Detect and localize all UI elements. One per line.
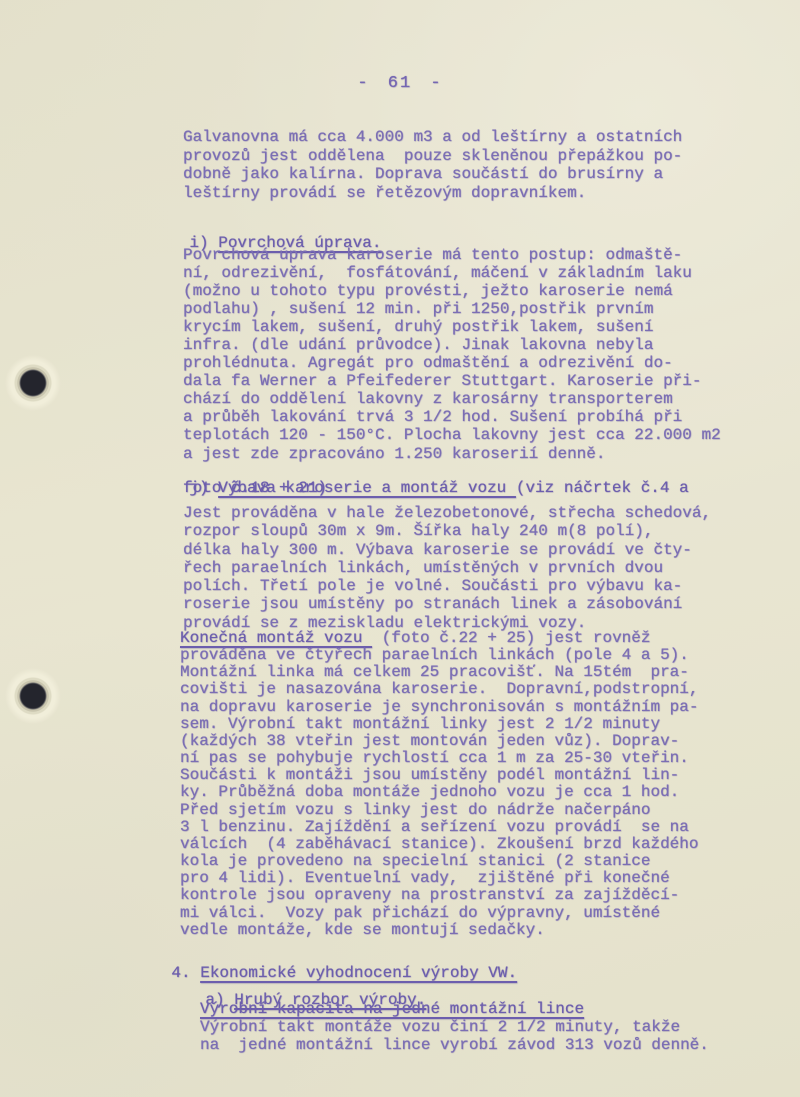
typed-line: délka haly 300 m. Výbava karoserie se pr… bbox=[183, 541, 711, 559]
typed-line: podlahu) , sušení 12 min. při 1250,postř… bbox=[183, 300, 721, 318]
typed-line: prováděna ve čtyřech paraelních linkách … bbox=[180, 647, 698, 664]
capacity-block: Výrobní kapacita na jedné montážní lince… bbox=[200, 1000, 709, 1055]
typed-line: polích. Třetí pole je volné. Součásti pr… bbox=[183, 577, 711, 595]
typed-line: řech paraelních linkách, umístěných v pr… bbox=[183, 559, 711, 577]
assembly-lead: Konečná montáž vozu bbox=[180, 629, 372, 647]
document-page: - 61 - Galvanovna má cca 4.000 m3 a od l… bbox=[0, 0, 800, 1097]
typed-line: prohlédnuta. Agregát pro odmaštění a odr… bbox=[183, 354, 721, 372]
section-title-suffix: (viz náčrtek č.4 a bbox=[516, 479, 689, 497]
typed-line: mi válci. Vozy pak přichází do výpravny,… bbox=[180, 905, 698, 922]
typed-line: leštírny provádí se řetězovým dopravníke… bbox=[183, 184, 682, 203]
typed-line: dobně jako kalírna. Doprava součástí do … bbox=[183, 165, 682, 184]
typed-line: ky. Průběžná doba montáže jednoho vozu j… bbox=[180, 784, 698, 801]
assembly-paragraph: Konečná montáž vozu (foto č.22 + 25) jes… bbox=[180, 630, 698, 939]
typed-line: a jest zde zpracováno 1.250 karoserií de… bbox=[183, 445, 721, 463]
typed-line: válcích (4 zaběhávací stanice). Zkoušení… bbox=[180, 836, 698, 853]
typed-line: kontrole jsou opraveny na prostranství z… bbox=[180, 887, 698, 904]
typed-line: Jest prováděna v hale železobetonové, st… bbox=[183, 504, 711, 522]
surface-paragraph: Povrchová úprava karoserie má tento post… bbox=[183, 246, 721, 463]
typed-line: teplotách 120 - 150°C. Plocha lakovny je… bbox=[183, 426, 721, 444]
typed-line: Galvanovna má cca 4.000 m3 a od leštírny… bbox=[183, 128, 682, 147]
typed-line: Výrobní takt montáže vozu činí 2 1/2 min… bbox=[200, 1018, 709, 1036]
capacity-heading: Výrobní kapacita na jedné montážní lince bbox=[200, 1000, 709, 1018]
typed-line: Konečná montáž vozu (foto č.22 + 25) jes… bbox=[180, 630, 698, 647]
typed-line: sem. Výrobní takt montážní linky jest 2 … bbox=[180, 716, 698, 733]
typed-line: infra. (dle udání průvodce). Jinak lakov… bbox=[183, 336, 721, 354]
assembly-lead-rest: (foto č.22 + 25) jest rovněž bbox=[372, 629, 650, 647]
typed-line: vedle montáže, kde se montují sedačky. bbox=[180, 922, 698, 939]
punch-hole-top bbox=[5, 355, 61, 411]
typed-line: Montážní linka má celkem 25 pracovišť. N… bbox=[180, 664, 698, 681]
typed-line: a průběh lakování trvá 3 1/2 hod. Sušení… bbox=[183, 408, 721, 426]
typed-line: roserie jsou umístěny po stranách linek … bbox=[183, 595, 711, 613]
typed-line: na jedné montážní lince vyrobí závod 313… bbox=[200, 1036, 709, 1054]
typed-line: na dopravu karoserie je synchronisován s… bbox=[180, 699, 698, 716]
typed-line: 3 l benzinu. Zajíždění a seřízení vozu p… bbox=[180, 819, 698, 836]
section-heading-j-line2: foto č.18 + 21) bbox=[183, 479, 327, 497]
intro-paragraph: Galvanovna má cca 4.000 m3 a od leštírny… bbox=[183, 128, 682, 202]
typed-line: rozpor sloupů 30m x 9m. Šířka haly 240 m… bbox=[183, 522, 711, 540]
typed-line: Součásti k montáži jsou umístěny podél m… bbox=[180, 767, 698, 784]
typed-line: covišti je nasazována karoserie. Dopravn… bbox=[180, 681, 698, 698]
typed-line: Povrchová úprava karoserie má tento post… bbox=[183, 246, 721, 264]
typed-line: chází do oddělení lakovny z karosárny tr… bbox=[183, 390, 721, 408]
typed-line: kola je provedeno na specielní stanici (… bbox=[180, 853, 698, 870]
typed-line: provozů jest oddělena pouze skleněnou př… bbox=[183, 147, 682, 166]
typed-line: (možno u tohoto typu provésti, ježto kar… bbox=[183, 282, 721, 300]
typed-line: Před sjetím vozu s linky jest do nádrže … bbox=[180, 802, 698, 819]
typed-line: (každých 38 vteřin jest montován jeden v… bbox=[180, 733, 698, 750]
typed-line: dala fa Werner a Pfeifederer Stuttgart. … bbox=[183, 372, 721, 390]
typed-line: krycím lakem, sušení, druhý postřik lake… bbox=[183, 318, 721, 336]
punch-hole-bottom bbox=[5, 668, 61, 724]
typed-line: ní pas se pohybuje rychlostí cca 1 m za … bbox=[180, 750, 698, 767]
page-number: - 61 - bbox=[0, 74, 800, 93]
typed-line: ní, odrezivění, fosfátování, máčení v zá… bbox=[183, 264, 721, 282]
hall-paragraph: Jest prováděna v hale železobetonové, st… bbox=[183, 504, 711, 632]
typed-line: pro 4 lidi). Eventuelní vady, zjištěné p… bbox=[180, 870, 698, 887]
